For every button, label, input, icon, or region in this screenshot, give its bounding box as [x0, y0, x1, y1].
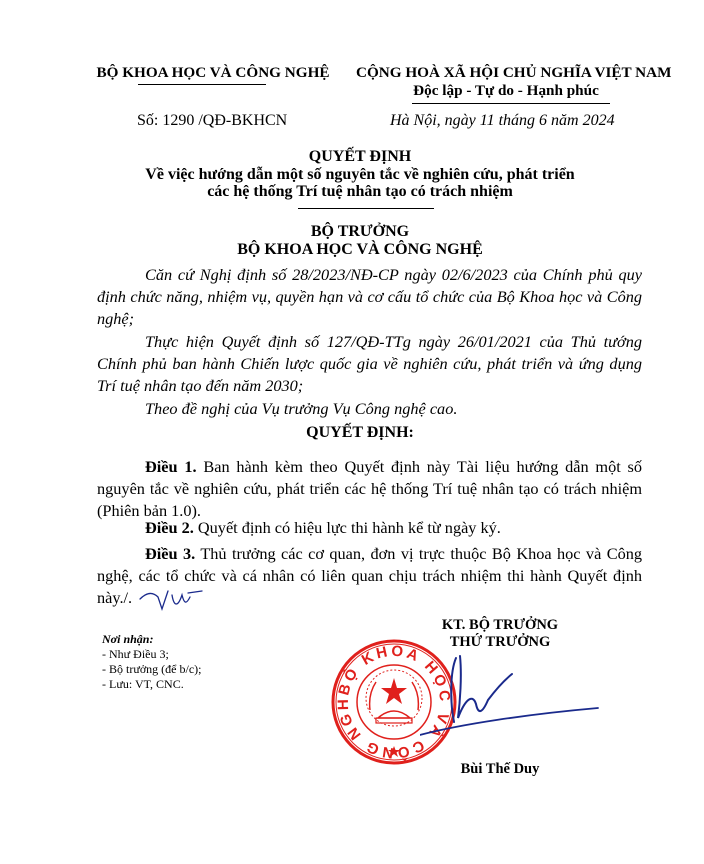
- national-motto: Độc lập - Tự do - Hạnh phúc: [356, 82, 656, 100]
- recipient-item: - Lưu: VT, CNC.: [102, 677, 202, 692]
- motto-underline: [412, 103, 610, 104]
- article-2-label: Điều 2.: [145, 518, 194, 537]
- subject-line-1: Về việc hướng dẫn một số nguyên tắc về n…: [100, 166, 620, 184]
- country-name: CỘNG HOÀ XÃ HỘI CHỦ NGHĨA VIỆT NAM: [356, 64, 671, 81]
- place-and-date: Hà Nội, ngày 11 tháng 6 năm 2024: [390, 112, 615, 130]
- decision-heading: QUYẾT ĐỊNH:: [100, 424, 620, 442]
- national-header: CỘNG HOÀ XÃ HỘI CHỦ NGHĨA VIỆT NAM Độc l…: [356, 64, 656, 100]
- authority-line-2: BỘ KHOA HỌC VÀ CÔNG NGHỆ: [100, 241, 620, 259]
- article-1: Điều 1. Ban hành kèm theo Quyết định này…: [97, 456, 642, 522]
- subject-line-2: các hệ thống Trí tuệ nhân tạo có trách n…: [100, 183, 620, 201]
- title-underline: [298, 208, 434, 209]
- handwritten-signature: [420, 652, 600, 742]
- article-3-label: Điều 3.: [145, 544, 195, 563]
- issuing-ministry: BỘ KHOA HỌC VÀ CÔNG NGHỆ: [88, 64, 338, 82]
- preamble-2: Thực hiện Quyết định số 127/QĐ-TTg ngày …: [97, 331, 642, 397]
- authority-line-1: BỘ TRƯỞNG: [100, 223, 620, 241]
- initials-mark: [138, 585, 208, 613]
- document-title: QUYẾT ĐỊNH Về việc hướng dẫn một số nguy…: [100, 148, 620, 201]
- recipients-heading: Nơi nhận:: [102, 632, 202, 647]
- article-1-label: Điều 1.: [145, 457, 197, 476]
- article-2: Điều 2. Quyết định có hiệu lực thi hành …: [97, 517, 642, 539]
- document-number: Số: 1290 /QĐ-BKHCN: [137, 112, 287, 130]
- document-type: QUYẾT ĐỊNH: [100, 148, 620, 166]
- authority-heading: BỘ TRƯỞNG BỘ KHOA HỌC VÀ CÔNG NGHỆ: [100, 223, 620, 259]
- recipients-block: Nơi nhận: - Như Điều 3; - Bộ trưởng (để …: [102, 632, 202, 692]
- signer-name: Bùi Thế Duy: [420, 761, 580, 778]
- ministry-underline: [138, 84, 266, 85]
- recipient-item: - Bộ trưởng (để b/c);: [102, 662, 202, 677]
- preamble-1: Căn cứ Nghị định số 28/2023/NĐ-CP ngày 0…: [97, 264, 642, 330]
- recipient-item: - Như Điều 3;: [102, 647, 202, 662]
- preamble-3: Theo đề nghị của Vụ trưởng Vụ Công nghệ …: [97, 398, 642, 420]
- on-behalf-label: KT. BỘ TRƯỞNG: [420, 617, 580, 634]
